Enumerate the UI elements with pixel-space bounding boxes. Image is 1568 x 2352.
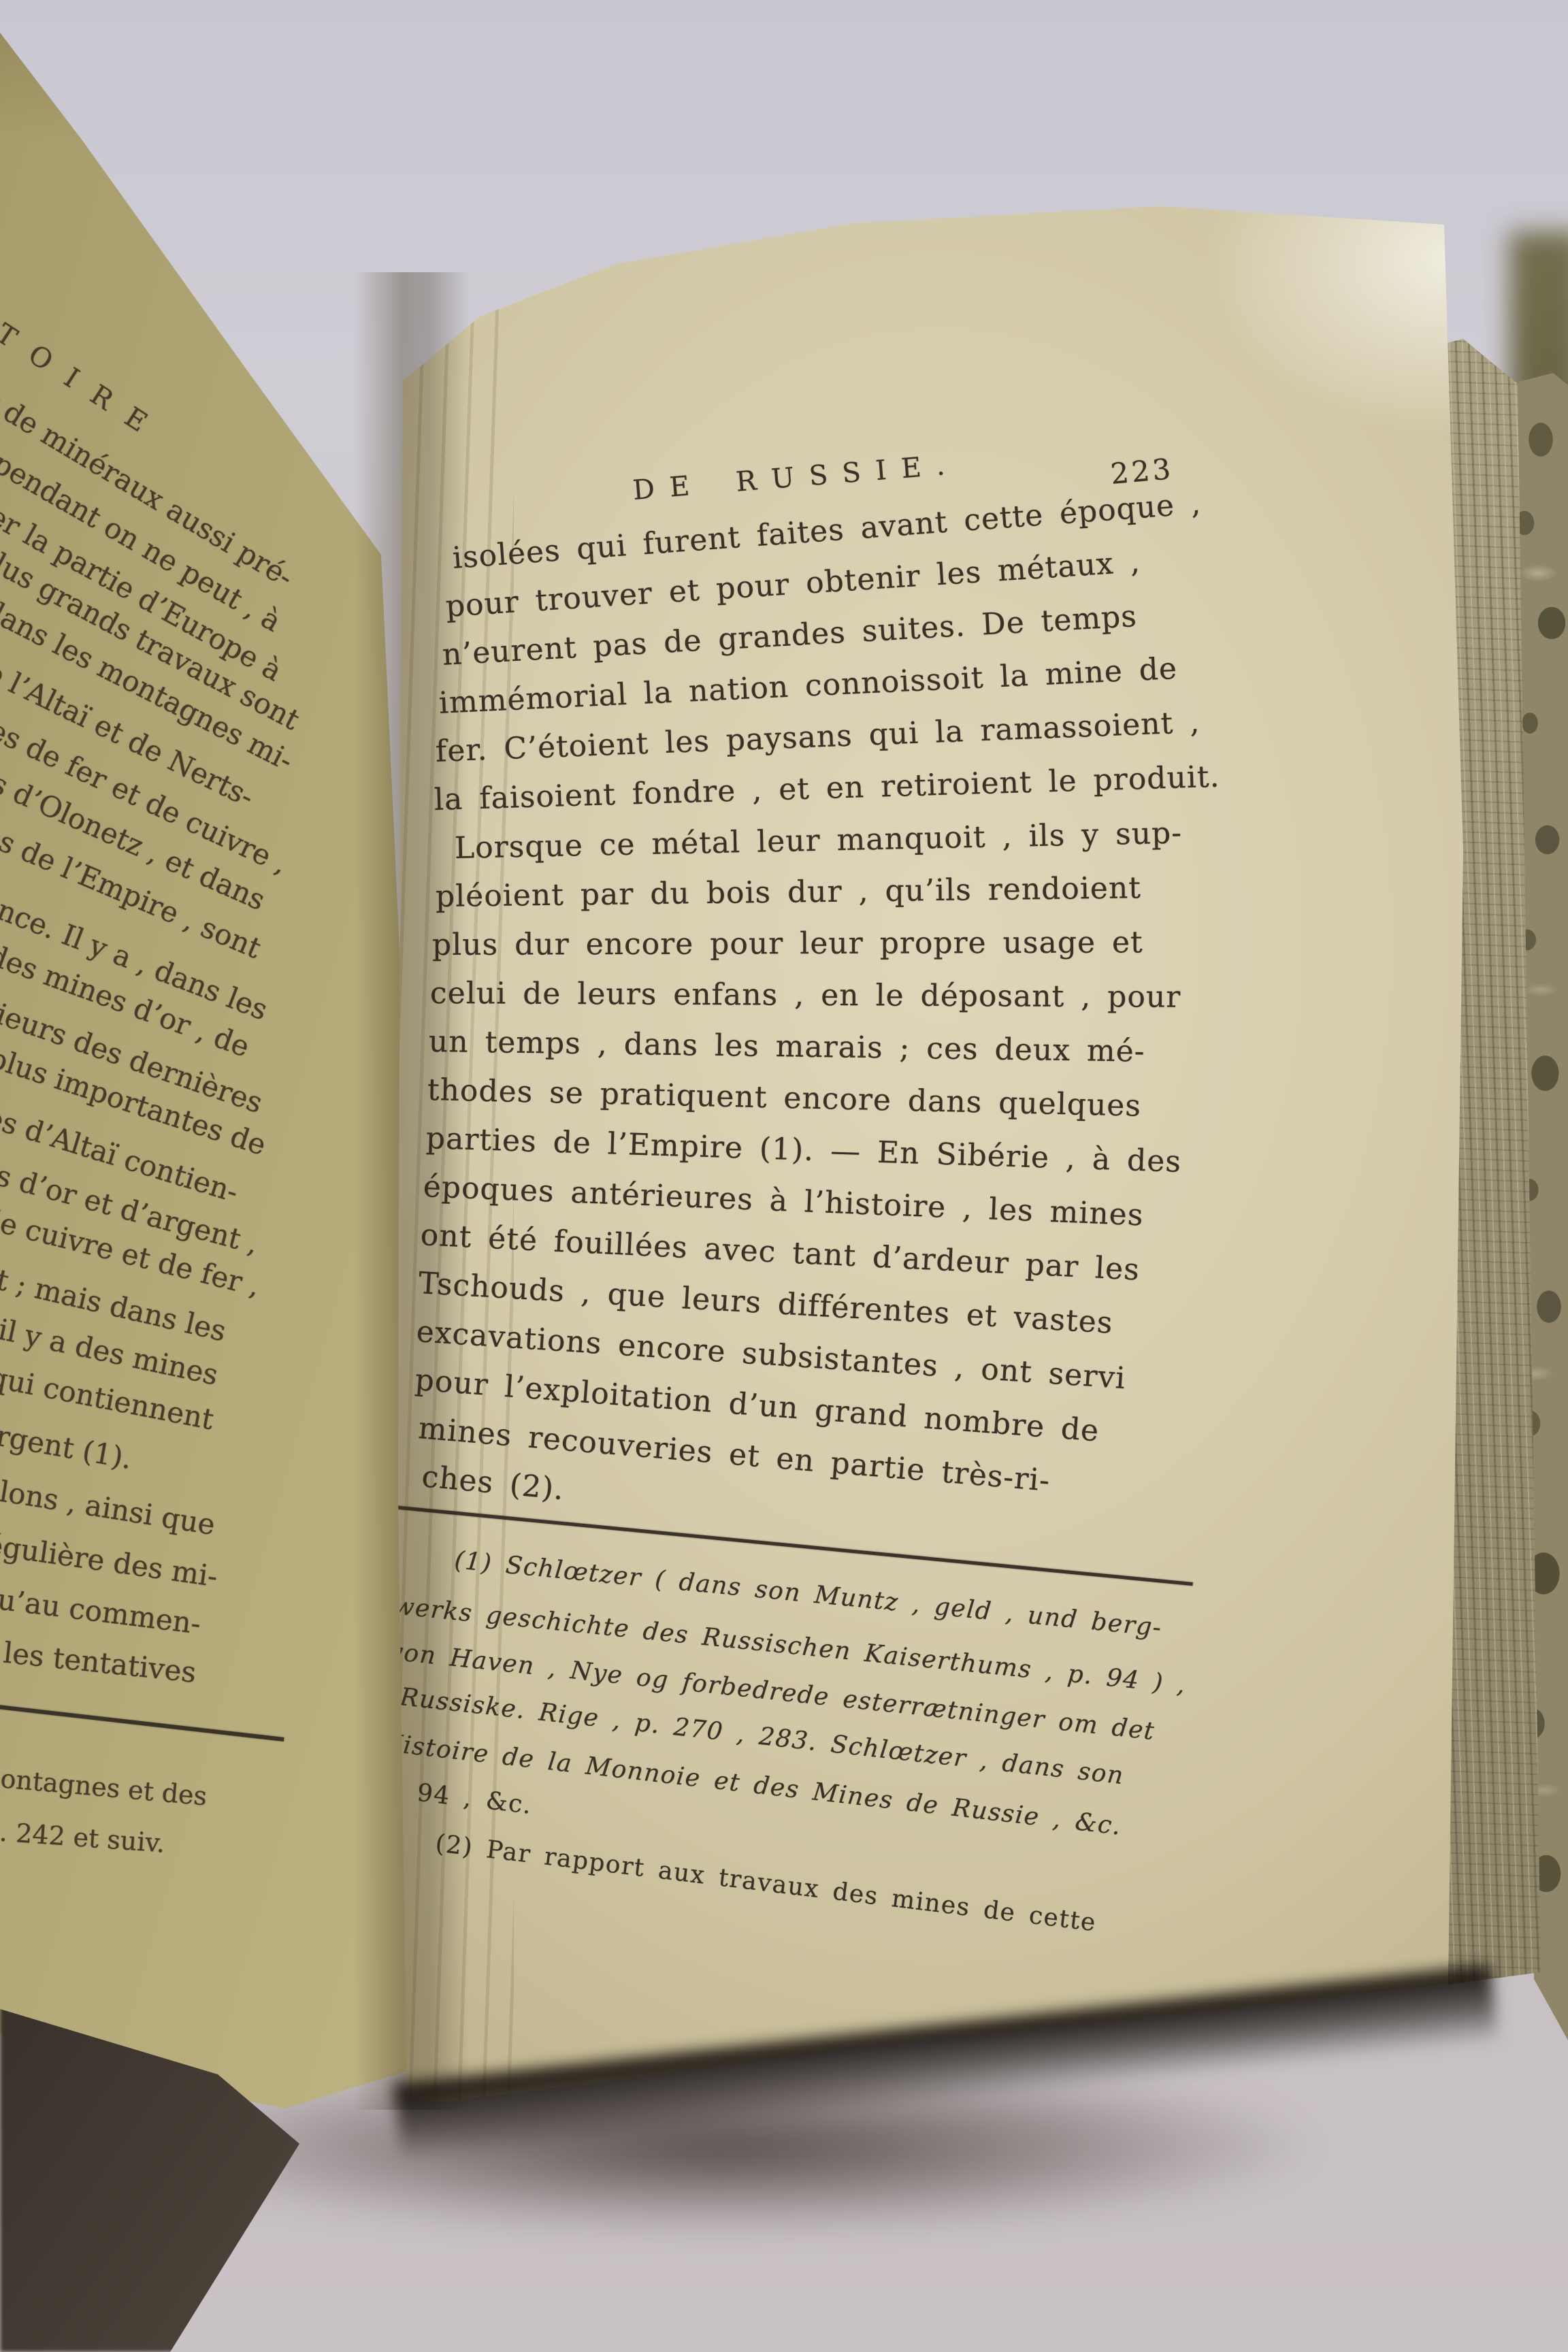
text-line: régulière des mi- (0, 1526, 220, 1593)
gutter-shadow (354, 272, 470, 2110)
running-header: DE RUSSIE. (632, 448, 961, 506)
left-running-header-fragment: STOIRE (0, 297, 169, 450)
text-line: de l’Altaï et de Nerts- (0, 647, 259, 813)
text-line: nes d’Altaï contien- (0, 1095, 242, 1209)
text-line: de cuivre et de fer , (0, 1202, 263, 1303)
footnote-line: (2) Par rapport aux travaux des mines de… (434, 1829, 1098, 1937)
text-line: argent (1). (0, 1416, 135, 1475)
text-line: usieurs des dernières (0, 986, 267, 1120)
text-line: , des mines d’or , de (0, 932, 254, 1063)
text-line: plus importantes de (0, 1041, 270, 1162)
text-line: plus grands travaux sont (0, 538, 305, 736)
left-footnote-separator-rule (0, 1703, 284, 1742)
text-line: les d’Olonetz , et dans (0, 755, 270, 917)
text-line: k il y a des mines (0, 1307, 221, 1392)
text-line: ines de fer et de cuivre , (0, 701, 293, 881)
text-line: la faisoient fondre , et en retiroient l… (434, 759, 1220, 817)
text-line: filons , ainsi que (0, 1471, 218, 1541)
book-photograph: STOIRE et de minéraux aussi pré- cependa… (0, 0, 1568, 2352)
text-line: parties de l’Empire (1). — En Sibérie , … (425, 1121, 1181, 1179)
text-line: un temps , dans les marais ; ces deux mé… (429, 1024, 1145, 1069)
text-line: rtance. Il y a , dans les (0, 878, 272, 1027)
text-line: pléoient par du bois dur , qu’ils rendoi… (436, 870, 1142, 914)
text-line: ons d’or et d’argent , (0, 1149, 262, 1261)
text-line: qu’au commen- (0, 1580, 203, 1641)
text-line: celui de leurs enfans , en le déposant ,… (430, 976, 1181, 1015)
text-line: ent ; mais dans les (0, 1255, 229, 1348)
text-line: thodes se pratiquent encore dans quelque… (427, 1073, 1141, 1124)
page-number: 223 (1109, 452, 1175, 491)
text-line: montagnes et des (0, 1761, 208, 1811)
text-line: et de minéraux aussi pré- (0, 375, 299, 593)
text-line: plus dur encore pour leur propre usage e… (432, 925, 1143, 962)
text-line: p. 242 et suiv. (0, 1816, 166, 1859)
text-line: r les tentatives (0, 1633, 198, 1689)
text-line: cependant on ne peut , à (0, 429, 287, 638)
text-line: ties de l’Empire , sont (0, 810, 266, 965)
text-line: dans les montagnes mi- (0, 593, 299, 778)
text-line: arer la partie d’Europe à (0, 484, 288, 687)
text-line: Lorsque ce métal leur manquoit , ils y s… (454, 816, 1182, 866)
text-line: qui contiennent (0, 1360, 216, 1436)
